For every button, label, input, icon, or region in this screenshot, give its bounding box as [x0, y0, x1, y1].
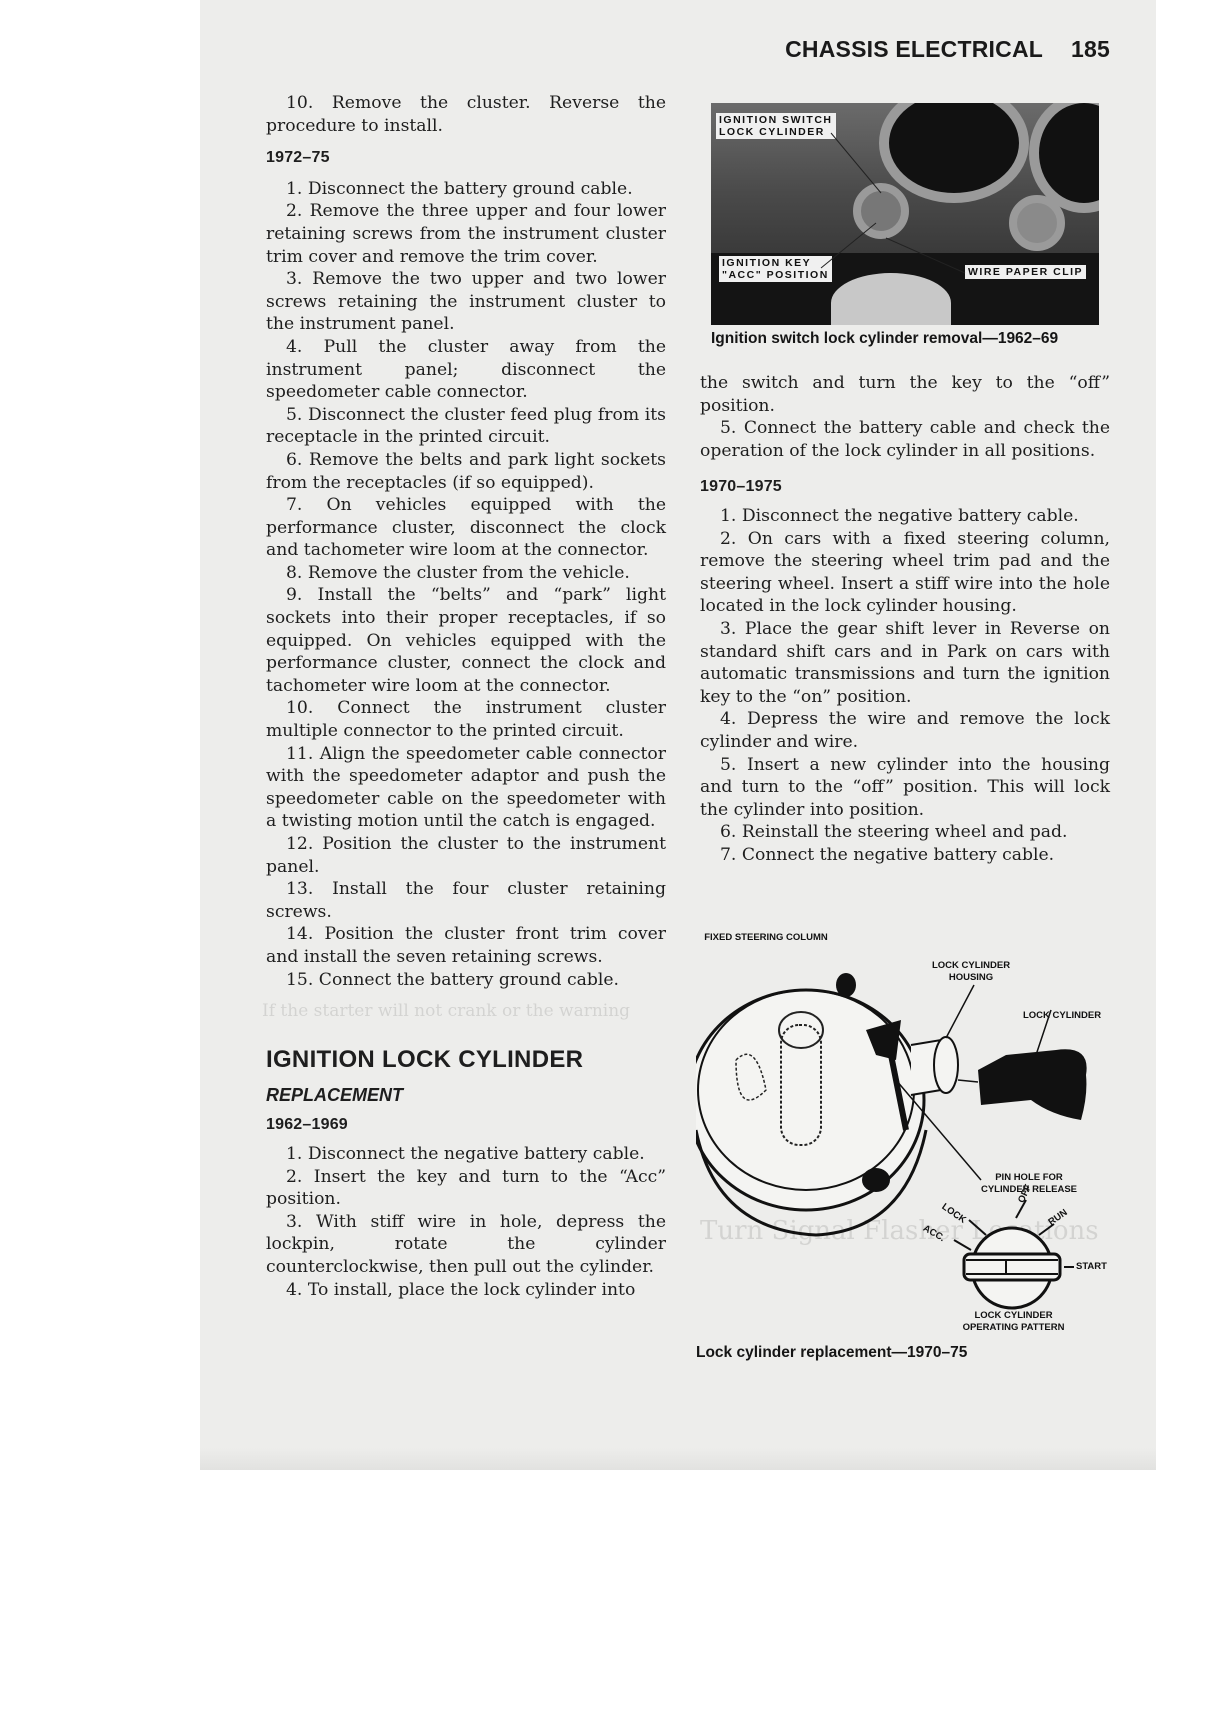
step-1: 1. Disconnect the negative battery cable…	[700, 505, 1110, 528]
step-9: 9. Install the “belts” and “park” light …	[266, 584, 666, 697]
step-8: 8. Remove the cluster from the vehicle.	[266, 562, 666, 585]
subhead-1962-1969: 1962–1969	[266, 1114, 666, 1137]
ignition-switch-photo: IGNITION SWITCH LOCK CYLINDER IGNITION K…	[711, 103, 1099, 325]
subhead-1970-1975: 1970–1975	[700, 476, 1110, 499]
step-11: 11. Align the speedometer cable connecto…	[266, 743, 666, 833]
step-10: 10. Connect the instrument cluster multi…	[266, 697, 666, 742]
continued-step: the switch and turn the key to the “off”…	[700, 372, 1110, 417]
steps-1962-1969: 1. Disconnect the negative battery cable…	[266, 1143, 666, 1301]
step-2: 2. On cars with a fixed steering column,…	[700, 528, 1110, 618]
step-2: 2. Insert the key and turn to the “Acc” …	[266, 1166, 666, 1211]
step-6: 6. Remove the belts and park light socke…	[266, 449, 666, 494]
subsection-heading: REPLACEMENT	[266, 1084, 666, 1107]
label-operating-pattern: LOCK CYLINDER OPERATING PATTERN	[951, 1310, 1076, 1334]
step-7: 7. Connect the negative battery cable.	[700, 844, 1110, 867]
step-4: 4. Pull the cluster away from the instru…	[266, 336, 666, 404]
step-5: 5. Connect the battery cable and check t…	[700, 417, 1110, 462]
step-15: 15. Connect the battery ground cable.	[266, 969, 666, 992]
step-7: 7. On vehicles equipped with the perform…	[266, 494, 666, 562]
step-4: 4. To install, place the lock cylinder i…	[266, 1279, 666, 1302]
figure1-caption: Ignition switch lock cylinder removal—19…	[711, 330, 1058, 348]
step-6: 6. Reinstall the steering wheel and pad.	[700, 821, 1110, 844]
step-1: 1. Disconnect the battery ground cable.	[266, 178, 666, 201]
running-head: CHASSIS ELECTRICAL185	[740, 36, 1110, 63]
page-number: 185	[1071, 36, 1110, 62]
step-13: 13. Install the four cluster retaining s…	[266, 878, 666, 923]
step-4: 4. Depress the wire and remove the lock …	[700, 708, 1110, 753]
step-1: 1. Disconnect the negative battery cable…	[266, 1143, 666, 1166]
steps-1972-75: 1. Disconnect the battery ground cable. …	[266, 178, 666, 991]
step-14: 14. Position the cluster front trim cove…	[266, 923, 666, 968]
page-edge-shadow	[200, 1448, 1156, 1470]
label-lock-cylinder-housing: LOCK CYLINDER HOUSING	[916, 960, 1026, 984]
step-3: 3. Place the gear shift lever in Reverse…	[700, 618, 1110, 708]
step-3: 3. With stiff wire in hole, depress the …	[266, 1211, 666, 1279]
section-title: CHASSIS ELECTRICAL	[785, 36, 1043, 62]
label-lock-cylinder: LOCK CYLINDER	[1012, 1010, 1112, 1022]
right-column: the switch and turn the key to the “off”…	[700, 372, 1110, 866]
figure2-caption: Lock cylinder replacement—1970–75	[696, 1344, 967, 1362]
steering-column-drawing	[696, 930, 1116, 1330]
step-2: 2. Remove the three upper and four lower…	[266, 200, 666, 268]
subhead-1972-75: 1972–75	[266, 147, 666, 170]
section-heading: IGNITION LOCK CYLINDER	[266, 1049, 666, 1072]
label-fixed-steering-column: FIXED STEERING COLUMN	[696, 932, 836, 944]
leader-lines	[711, 103, 1099, 325]
left-column: 10. Remove the cluster. Reverse the proc…	[266, 92, 666, 1301]
label-start: START	[1076, 1261, 1107, 1273]
step-5: 5. Disconnect the cluster feed plug from…	[266, 404, 666, 449]
step-5: 5. Insert a new cylinder into the housin…	[700, 754, 1110, 822]
step-paragraph: 10. Remove the cluster. Reverse the proc…	[266, 92, 666, 137]
lock-cylinder-diagram: FIXED STEERING COLUMN LOCK CYLINDER HOUS…	[696, 930, 1116, 1330]
step-12: 12. Position the cluster to the instrume…	[266, 833, 666, 878]
step-3: 3. Remove the two upper and two lower sc…	[266, 268, 666, 336]
